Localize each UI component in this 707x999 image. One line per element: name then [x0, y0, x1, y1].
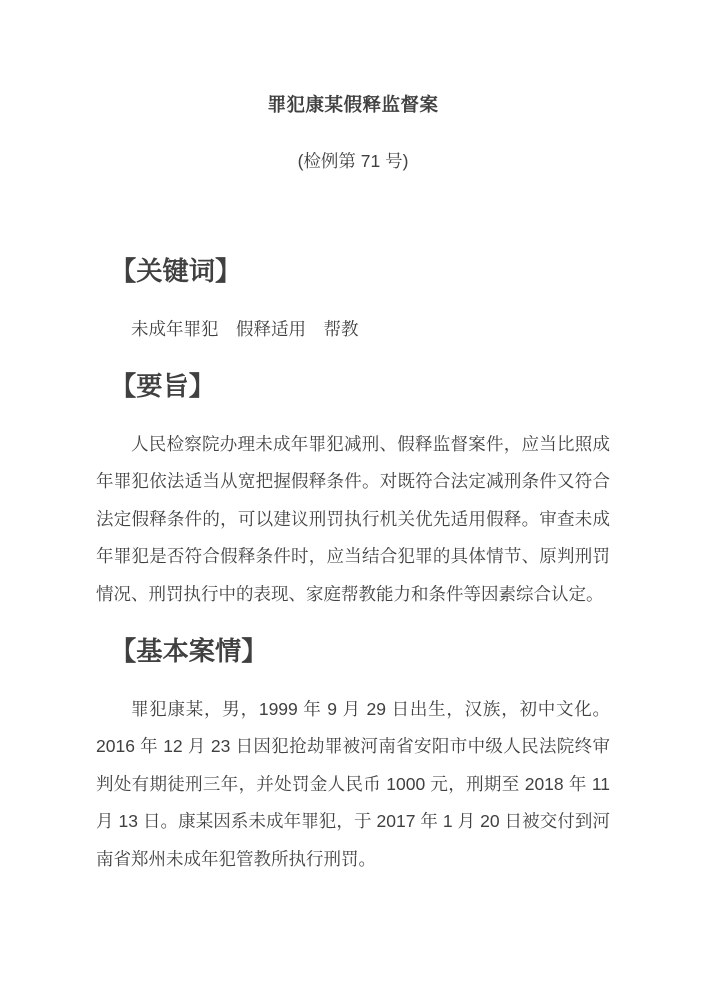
gist-paragraph: 人民检察院办理未成年罪犯减刑、假释监督案件，应当比照成年罪犯依法适当从宽把握假释…: [96, 426, 610, 614]
section-heading-basic-facts: 【基本案情】: [96, 633, 610, 671]
section-heading-gist: 【要旨】: [96, 368, 610, 406]
document-title: 罪犯康某假释监督案: [96, 86, 610, 124]
keywords-text: 未成年罪犯 假释适用 帮教: [96, 311, 610, 349]
basic-facts-paragraph: 罪犯康某，男，1999 年 9 月 29 日出生，汉族，初中文化。2016 年 …: [96, 691, 610, 879]
document-page: 罪犯康某假释监督案 (检例第 71 号) 【关键词】 未成年罪犯 假释适用 帮教…: [0, 0, 707, 999]
case-number: (检例第 71 号): [96, 143, 610, 181]
section-heading-keywords: 【关键词】: [96, 253, 610, 291]
document-content: 罪犯康某假释监督案 (检例第 71 号) 【关键词】 未成年罪犯 假释适用 帮教…: [0, 0, 707, 878]
